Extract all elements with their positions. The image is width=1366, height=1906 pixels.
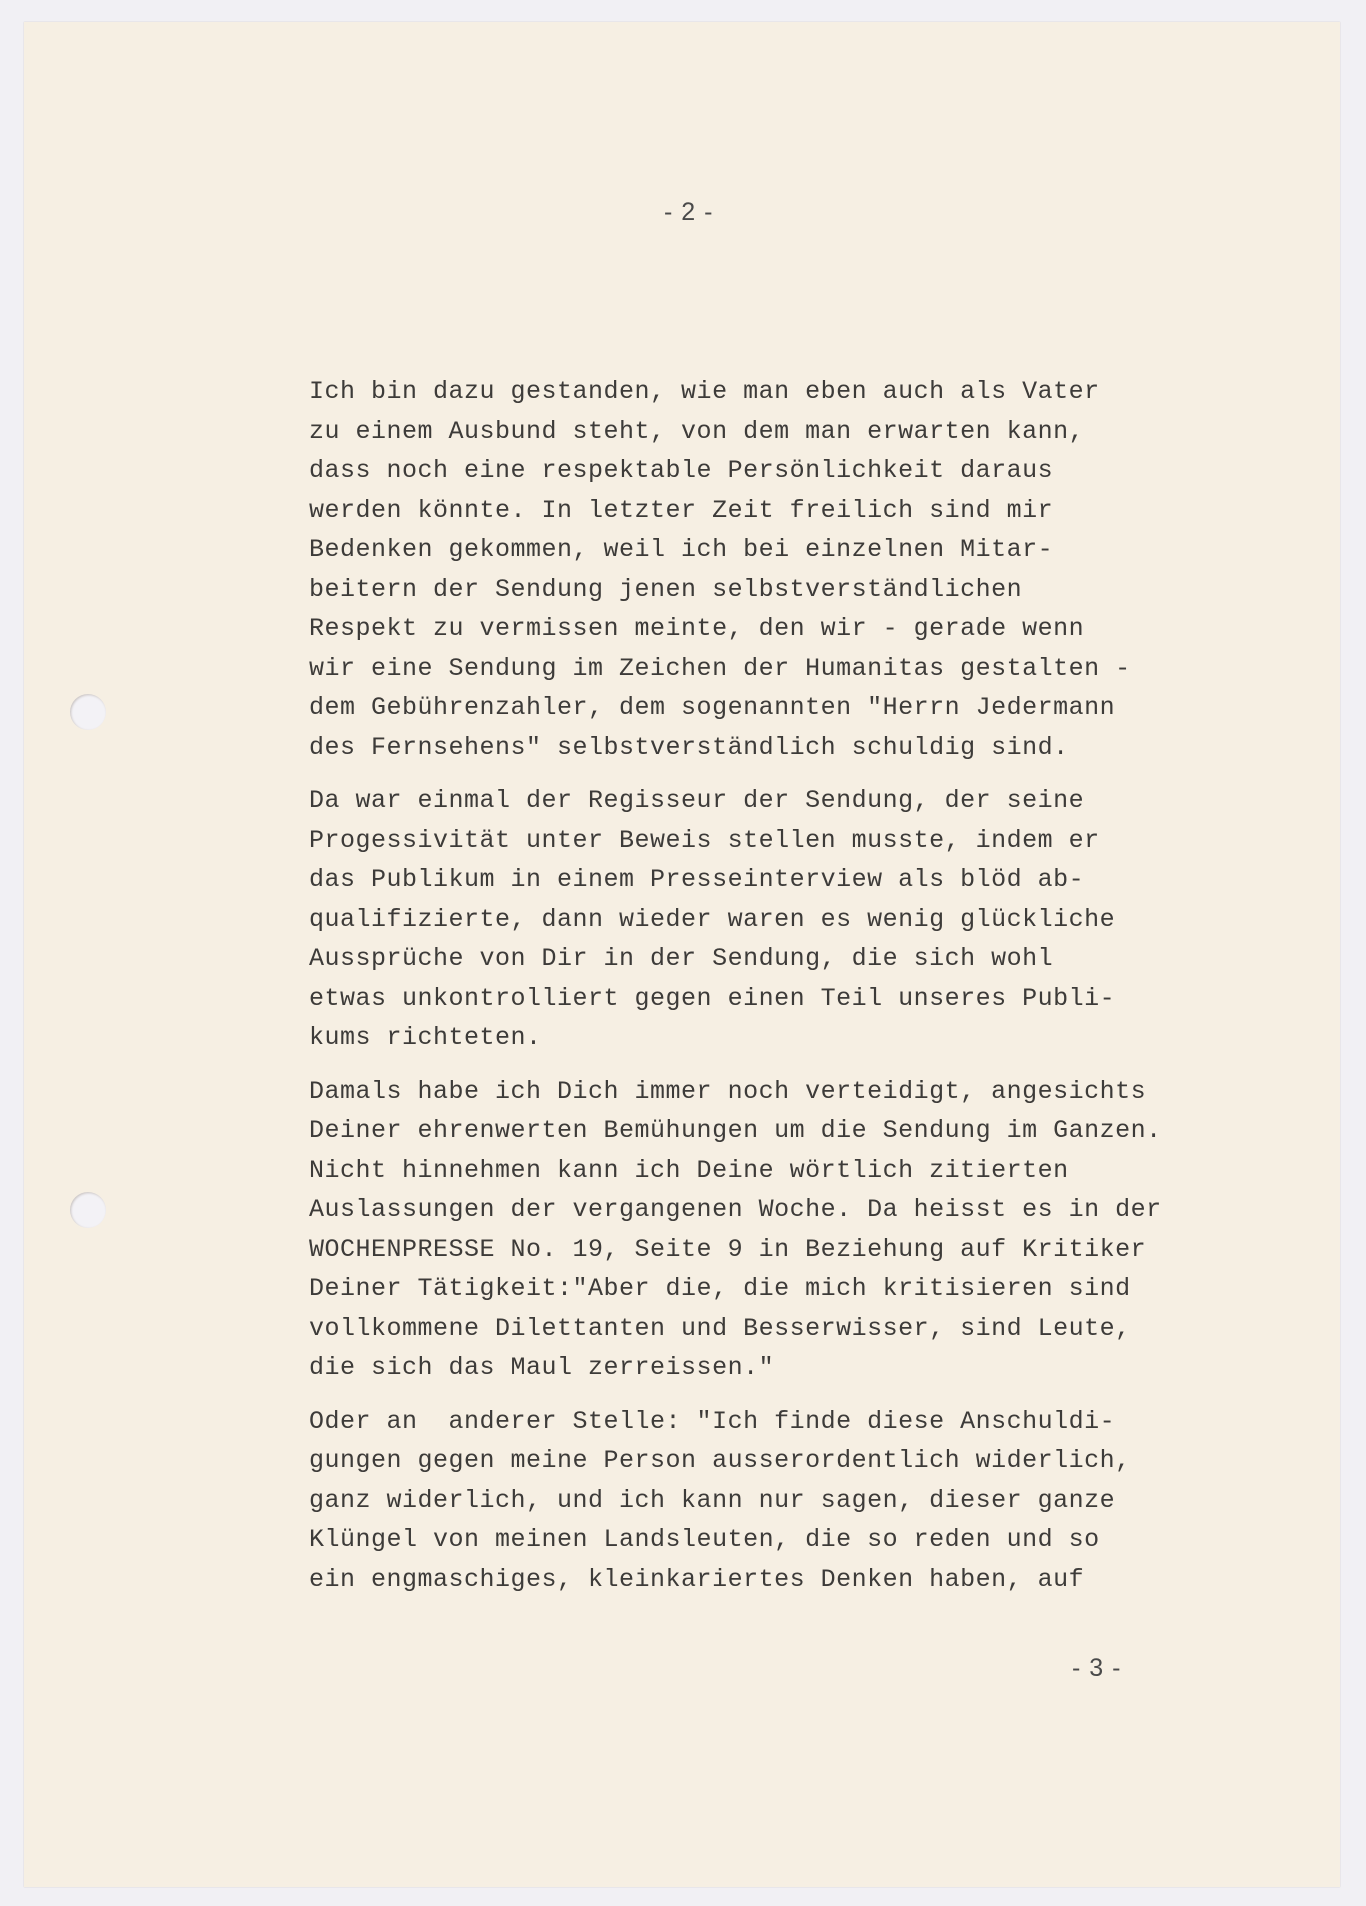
text-line: die sich das Maul zerreissen." [309, 1348, 1229, 1388]
text-line: Deiner ehrenwerten Bemühungen um die Sen… [309, 1111, 1229, 1151]
text-line: Damals habe ich Dich immer noch verteidi… [309, 1072, 1229, 1112]
text-line: Oder an anderer Stelle: "Ich finde diese… [309, 1402, 1229, 1442]
text-line: beitern der Sendung jenen selbstverständ… [309, 570, 1229, 610]
footer-next-page-number: - 3 - [1072, 1654, 1121, 1683]
text-line: Klüngel von meinen Landsleuten, die so r… [309, 1520, 1229, 1560]
document-page: - 2 - Ich bin dazu gestanden, wie man eb… [24, 22, 1340, 1887]
text-line: werden könnte. In letzter Zeit freilich … [309, 491, 1229, 531]
text-line: wir eine Sendung im Zeichen der Humanita… [309, 649, 1229, 689]
text-line: dass noch eine respektable Persönlichkei… [309, 451, 1229, 491]
text-line: des Fernsehens" selbstverständlich schul… [309, 728, 1229, 768]
punch-hole-lower [70, 1192, 106, 1228]
text-line: etwas unkontrolliert gegen einen Teil un… [309, 979, 1229, 1019]
text-line: Respekt zu vermissen meinte, den wir - g… [309, 609, 1229, 649]
text-line: Deiner Tätigkeit:"Aber die, die mich kri… [309, 1269, 1229, 1309]
text-line: vollkommene Dilettanten und Besserwisser… [309, 1309, 1229, 1349]
text-line: gungen gegen meine Person ausserordentli… [309, 1441, 1229, 1481]
paragraph-1: Ich bin dazu gestanden, wie man eben auc… [309, 372, 1229, 767]
text-line: das Publikum in einem Presseinterview al… [309, 860, 1229, 900]
text-line: qualifizierte, dann wieder waren es weni… [309, 900, 1229, 940]
text-line: dem Gebührenzahler, dem sogenannten "Her… [309, 688, 1229, 728]
text-line: Progessivität unter Beweis stellen musst… [309, 821, 1229, 861]
paragraph-2: Da war einmal der Regisseur der Sendung,… [309, 781, 1229, 1058]
text-line: Auslassungen der vergangenen Woche. Da h… [309, 1190, 1229, 1230]
letter-body: Ich bin dazu gestanden, wie man eben auc… [309, 372, 1229, 1613]
text-line: Nicht hinnehmen kann ich Deine wörtlich … [309, 1151, 1229, 1191]
header-page-number: - 2 - [664, 198, 713, 227]
paragraph-3: Damals habe ich Dich immer noch verteidi… [309, 1072, 1229, 1388]
text-line: kums richteten. [309, 1018, 1229, 1058]
text-line: Da war einmal der Regisseur der Sendung,… [309, 781, 1229, 821]
paragraph-4: Oder an anderer Stelle: "Ich finde diese… [309, 1402, 1229, 1600]
text-line: WOCHENPRESSE No. 19, Seite 9 in Beziehun… [309, 1230, 1229, 1270]
text-line: Aussprüche von Dir in der Sendung, die s… [309, 939, 1229, 979]
text-line: Ich bin dazu gestanden, wie man eben auc… [309, 372, 1229, 412]
punch-hole-upper [70, 694, 106, 730]
text-line: zu einem Ausbund steht, von dem man erwa… [309, 412, 1229, 452]
text-line: ganz widerlich, und ich kann nur sagen, … [309, 1481, 1229, 1521]
text-line: Bedenken gekommen, weil ich bei einzelne… [309, 530, 1229, 570]
text-line: ein engmaschiges, kleinkariertes Denken … [309, 1560, 1229, 1600]
